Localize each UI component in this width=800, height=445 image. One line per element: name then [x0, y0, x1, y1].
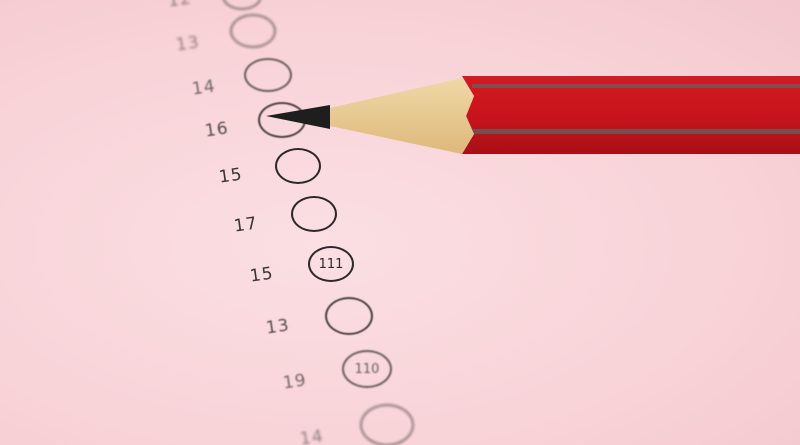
answer-bubble: [230, 14, 276, 48]
answer-bubble-marked: 110: [342, 350, 392, 388]
answer-bubble-marked: 111: [308, 246, 354, 282]
answer-bubble: [360, 404, 414, 445]
row-number: 13: [265, 315, 291, 338]
row-number: 14: [299, 426, 325, 445]
answer-bubble: [325, 297, 373, 335]
row-number: 16: [204, 118, 230, 141]
row-number: 19: [282, 370, 308, 393]
row-number: 13: [175, 32, 201, 55]
answer-bubble: [291, 196, 337, 232]
row-number: 12: [167, 0, 193, 12]
answer-bubble: [222, 0, 262, 10]
row-number: 14: [191, 76, 217, 99]
pencil-icon: [262, 74, 800, 156]
row-number: 15: [218, 164, 244, 187]
row-number: 15: [249, 263, 275, 286]
answer-sheet-photo: 12 13 14 16 15 17 15 111 13 19 110 14: [0, 0, 800, 445]
row-number: 17: [233, 213, 259, 236]
